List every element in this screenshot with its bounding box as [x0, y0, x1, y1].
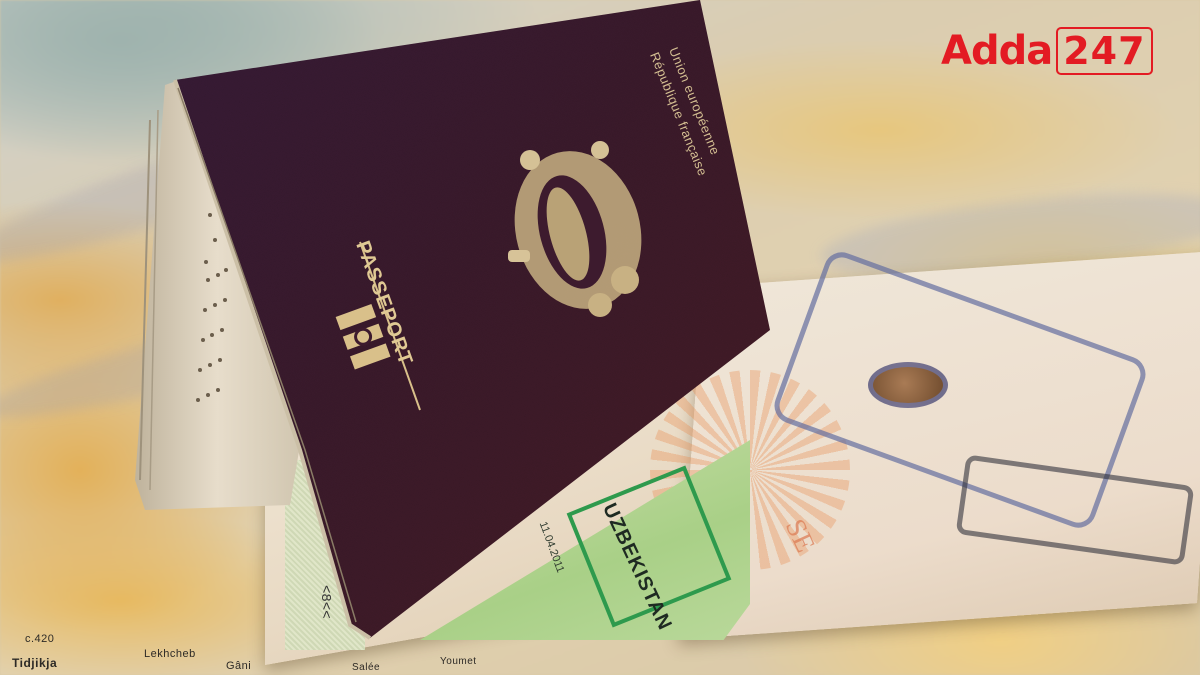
adda247-logo: Adda 247 [941, 27, 1153, 75]
passport-photo: c.420 Tidjikja Lekhcheb Gâni Salée Youme… [0, 0, 1200, 675]
passport-booklet [0, 0, 1200, 675]
logo-number: 247 [1056, 27, 1152, 75]
logo-brand: Adda [941, 31, 1052, 71]
